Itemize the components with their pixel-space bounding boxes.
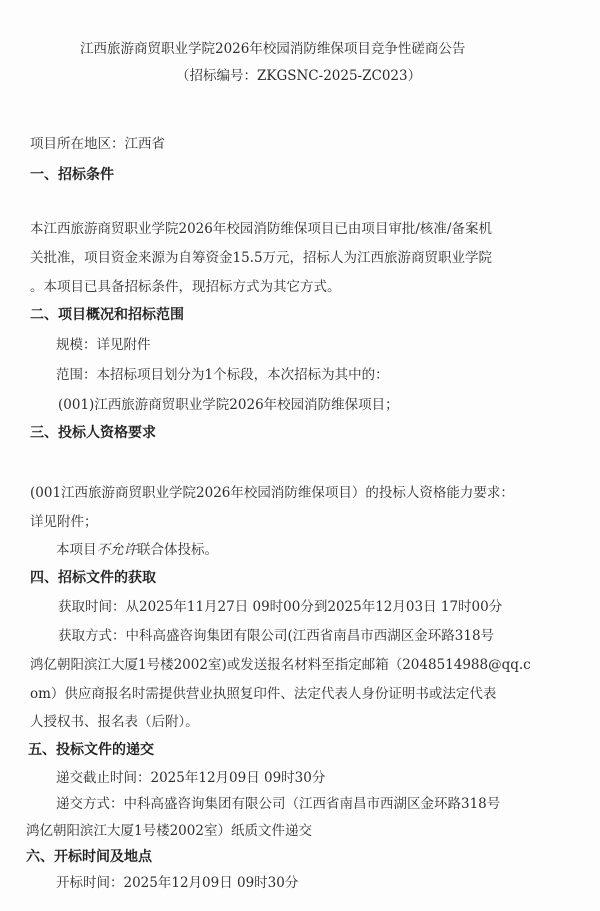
consortium-prefix: 本项目 [56, 542, 97, 558]
section-heading-project-overview: 二、项目概况和招标范围 [30, 306, 184, 324]
scope-line: 范围：本招标项目划分为1个标段，本次招标为其中的： [56, 366, 389, 384]
section-heading-document-acquisition: 四、招标文件的获取 [30, 569, 156, 587]
announcement-page: 江西旅游商贸职业学院2026年校园消防维保项目竞争性磋商公告 （招标编号：ZKG… [0, 0, 600, 911]
paragraph-line: 本江西旅游商贸职业学院2026年校园消防维保项目已由项目审批/核准/备案机 [30, 220, 492, 238]
consortium-emphasis: 不允许 [97, 542, 138, 558]
acquisition-method-cont: 鸿亿朝阳滨江大厦1号楼2002室)或发送报名材料至指定邮箱（2048514988… [30, 656, 531, 674]
lot-line: (001)江西旅游商贸职业学院2026年校园消防维保项目； [58, 396, 399, 414]
section-heading-tender-conditions: 一、招标条件 [30, 166, 114, 184]
acquisition-method-cont: 人授权书、报名表（后附）。 [30, 713, 199, 731]
section-heading-bid-opening: 六、开标时间及地点 [26, 848, 152, 866]
submission-method-cont: 鸿亿朝阳滨江大厦1号楼2002室）纸质文件递交 [26, 822, 312, 840]
submission-deadline: 递交截止时间：2025年12月09日 09时30分 [56, 769, 325, 787]
consortium-suffix: 联合体投标。 [137, 542, 218, 558]
project-region: 项目所在地区：江西省 [30, 135, 165, 153]
section-heading-bidder-qualifications: 三、投标人资格要求 [30, 424, 156, 442]
submission-method: 递交方式：中科高盛咨询集团有限公司（江西省南昌市西湖区金环路318号 [56, 795, 500, 813]
section-heading-bid-submission: 五、投标文件的递交 [28, 741, 154, 759]
acquisition-time: 获取时间：从2025年11月27日 09时00分到2025年12月03日 17时… [58, 598, 502, 616]
tender-number: （招标编号：ZKGSNC-2025-ZC023） [176, 67, 421, 85]
qualification-line: 详见附件； [30, 513, 98, 531]
qualification-line: (001江西旅游商贸职业学院2026年校园消防维保项目）的投标人资格能力要求： [30, 484, 514, 502]
acquisition-method: 获取方式：中科高盛咨询集团有限公司(江西省南昌市西湖区金环路318号 [58, 627, 494, 645]
paragraph-line: 。本项目已具备招标条件，现招标方式为其它方式。 [30, 278, 341, 296]
acquisition-method-cont: om）供应商报名时需提供营业执照复印件、法定代表人身份证明书或法定代表 [30, 685, 496, 703]
consortium-line: 本项目不允许联合体投标。 [56, 541, 218, 559]
scale-line: 规模：详见附件 [56, 336, 151, 354]
opening-time: 开标时间：2025年12月09日 09时30分 [56, 874, 298, 892]
document-title: 江西旅游商贸职业学院2026年校园消防维保项目竞争性磋商公告 [80, 40, 465, 58]
paragraph-line: 关批准，项目资金来源为自筹资金15.5万元，招标人为江西旅游商贸职业学院 [30, 249, 492, 267]
